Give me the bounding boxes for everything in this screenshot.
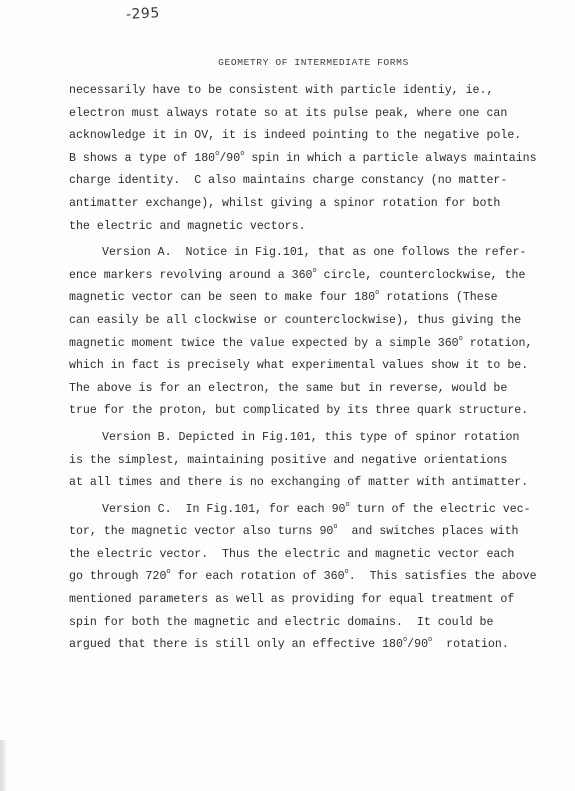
text-line: acknowledge it in OV, it is indeed point…: [69, 125, 529, 148]
text-line: Version B. Depicted in Fig.101, this typ…: [69, 427, 529, 450]
text-line: charge identity. C also maintains charge…: [69, 170, 529, 193]
text-line: magnetic vector can be seen to make four…: [69, 287, 529, 310]
text-line: tor, the magnetic vector also turns 90o …: [69, 521, 529, 544]
text-line: antimatter exchange), whilst giving a sp…: [69, 193, 529, 216]
text-line: ence markers revolving around a 360o cir…: [69, 265, 529, 288]
text-line: Version A. Notice in Fig.101, that as on…: [69, 242, 529, 265]
degree-mark: o: [403, 636, 407, 644]
text-line: can easily be all clockwise or countercl…: [69, 310, 529, 333]
text-line: is the simplest, maintaining positive an…: [69, 450, 529, 473]
text-line: at all times and there is no exchanging …: [69, 472, 529, 495]
degree-mark: o: [215, 150, 219, 158]
degree-mark: o: [345, 568, 349, 576]
document-page: -295 GEOMETRY OF INTERMEDIATE FORMS nece…: [0, 0, 575, 791]
text-line: Version C. In Fig.101, for each 90o turn…: [69, 499, 529, 522]
handwritten-page-number: -295: [126, 5, 161, 23]
degree-mark: o: [346, 501, 350, 509]
text-line: electron must always rotate so at its pu…: [69, 103, 529, 126]
text-line: B shows a type of 180o/90o spin in which…: [69, 148, 529, 171]
text-line: the electric vector. Thus the electric a…: [69, 544, 529, 567]
faint-archive-stamp: [8, 8, 118, 38]
text-line: argued that there is still only an effec…: [69, 634, 529, 657]
text-line: necessarily have to be consistent with p…: [69, 80, 529, 103]
degree-mark: o: [428, 636, 432, 644]
degree-mark: o: [166, 568, 170, 576]
text-line: magnetic moment twice the value expected…: [69, 333, 529, 356]
degree-mark: o: [240, 150, 244, 158]
text-line: go through 720o for each rotation of 360…: [69, 566, 529, 589]
running-head: GEOMETRY OF INTERMEDIATE FORMS: [0, 57, 575, 68]
text-line: the electric and magnetic vectors.: [69, 216, 529, 239]
degree-mark: o: [333, 523, 337, 531]
text-line: spin for both the magnetic and electric …: [69, 612, 529, 635]
text-line: true for the proton, but complicated by …: [69, 400, 529, 423]
scan-edge-shadow: [0, 740, 6, 791]
text-line: The above is for an electron, the same b…: [69, 378, 529, 401]
degree-mark: o: [459, 335, 463, 343]
body-text: necessarily have to be consistent with p…: [69, 80, 529, 657]
degree-mark: o: [375, 289, 379, 297]
degree-mark: o: [313, 267, 317, 275]
text-line: which in fact is precisely what experime…: [69, 355, 529, 378]
text-line: mentioned parameters as well as providin…: [69, 589, 529, 612]
